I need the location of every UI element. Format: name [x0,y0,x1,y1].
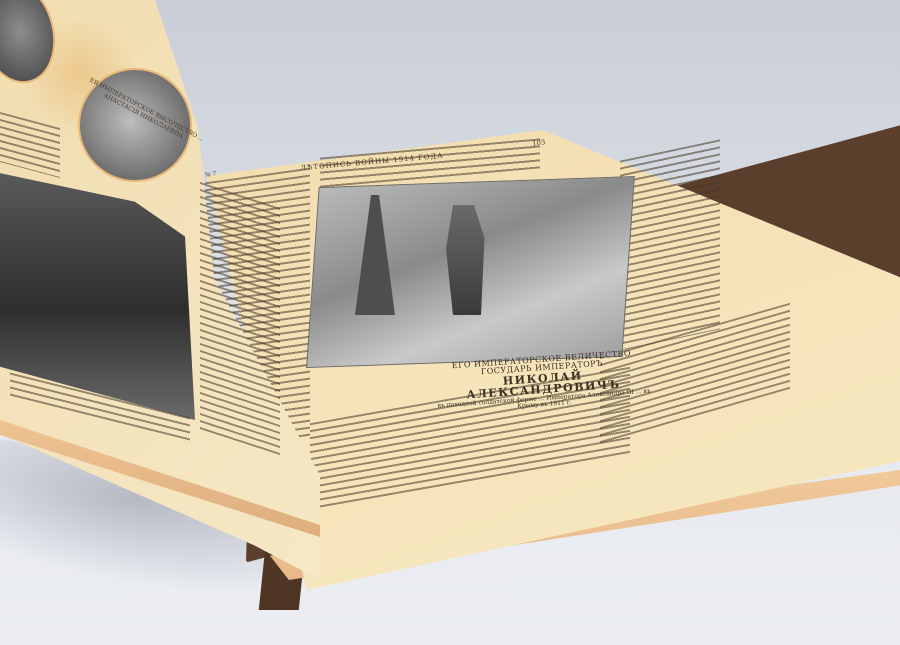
book-photo-scene: ЛѢТОПИСЬ ВОЙНЫ 1914 ГОДА 103 № 7 ЕГО ИМП… [0,0,900,645]
left-page-text-column [200,182,280,458]
right-page-text-column-right [620,139,720,350]
page-number: 103 [532,138,546,147]
